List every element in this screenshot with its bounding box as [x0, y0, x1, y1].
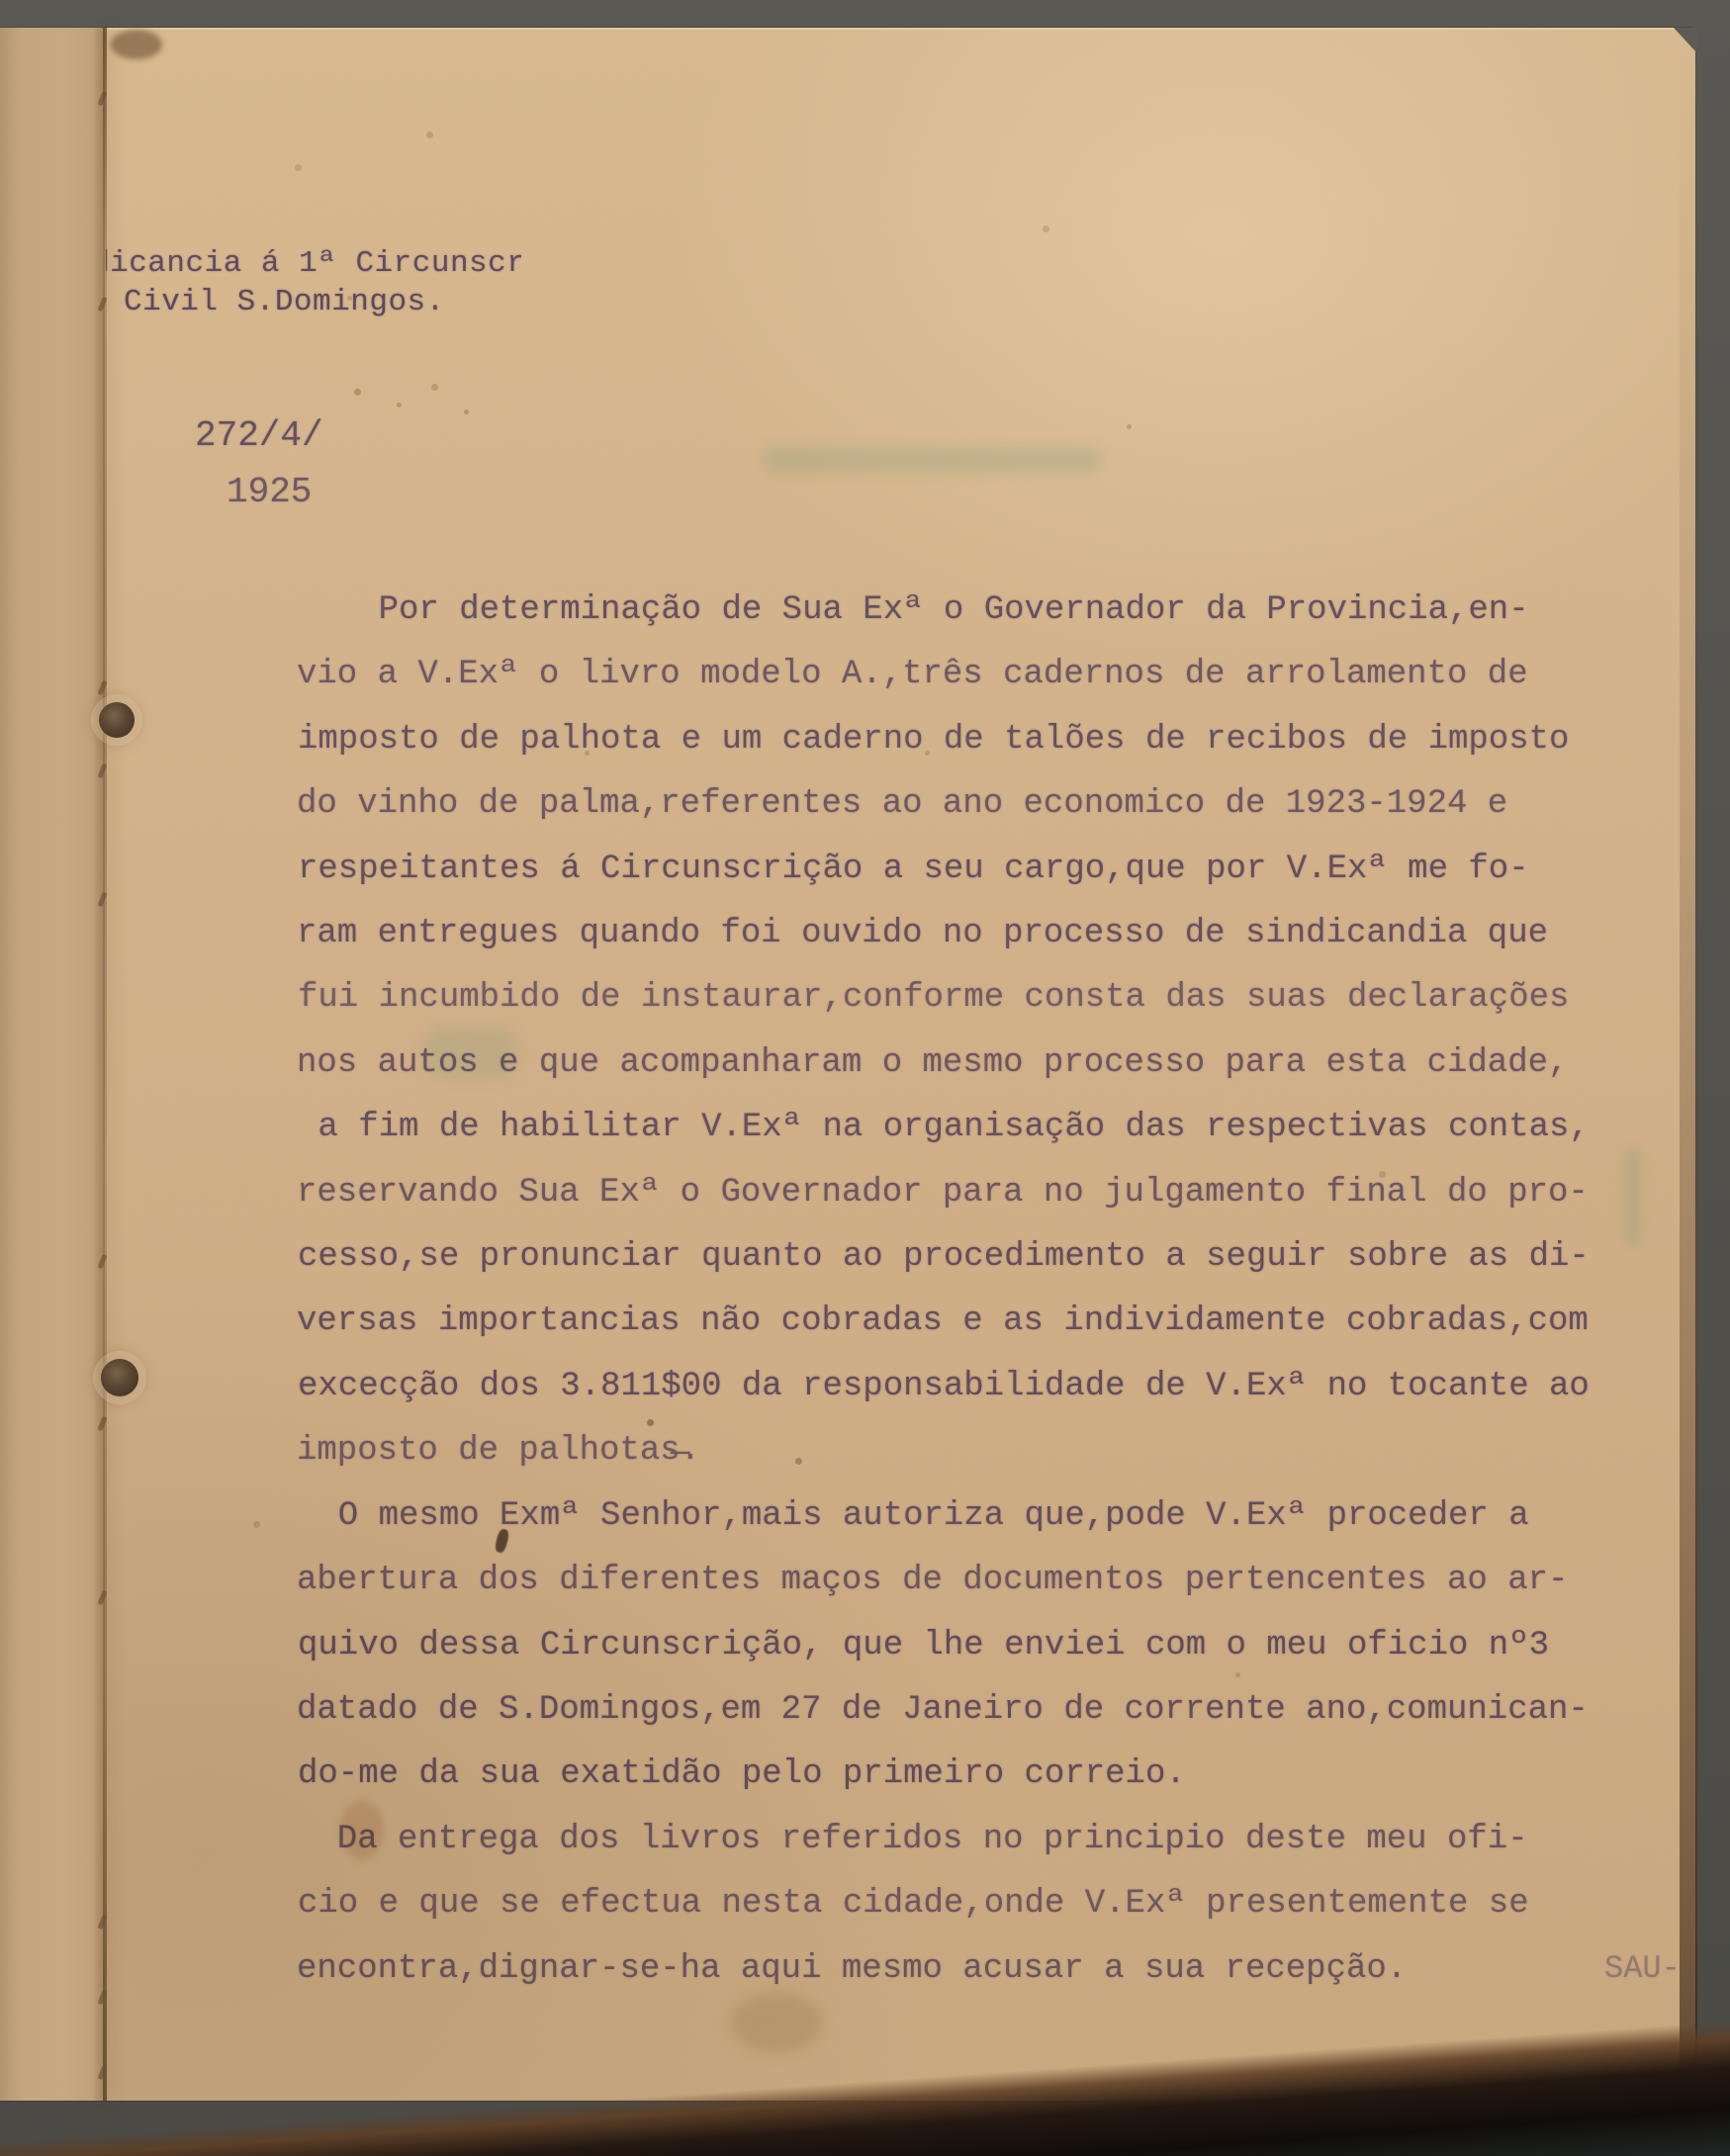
typed-line: datado de S.Domingos,em 27 de Janeiro de…: [297, 1678, 1642, 1743]
reference-number: 272/4/: [195, 407, 323, 464]
typed-line: excecção dos 3.811$00 da responsabilidad…: [298, 1355, 1643, 1419]
gutter-crease: [103, 28, 107, 2101]
punch-hole-bottom: [101, 1359, 138, 1396]
page-block-bottom-edge: [0, 2018, 1730, 2156]
typed-line: fui incumbido de instaurar,conforme cons…: [298, 966, 1643, 1031]
punch-hole-top: [99, 702, 135, 738]
typed-line: abertura dos diferentes maços de documen…: [297, 1549, 1642, 1613]
scanned-document-photo: dicancia á 1ª Circunscri- Civil S.Doming…: [0, 0, 1730, 2156]
reference-year: 1925: [227, 464, 323, 520]
deckle-edge: [1680, 28, 1697, 2101]
typed-line: cesso,se pronunciar quanto ao procedimen…: [298, 1225, 1643, 1290]
typed-line: encontra,dignar-se-ha aqui mesmo acusar …: [297, 1937, 1642, 2002]
typed-line: ram entregues quando foi ouvido no proce…: [297, 902, 1642, 966]
dust-specks: [0, 0, 3, 3]
typed-line: Da entrega dos livros referidos no princ…: [297, 1808, 1642, 1872]
typed-line: respeitantes á Circunscrição a seu cargo…: [298, 838, 1643, 902]
typed-line: imposto de palhota e um caderno de talõe…: [298, 708, 1643, 772]
typed-line: quivo dessa Circunscrição, que lhe envie…: [298, 1614, 1643, 1678]
margin-annotation: dicancia á 1ª Circunscri- Civil S.Doming…: [106, 244, 521, 329]
reference-number-block: 272/4/ 1925: [195, 407, 323, 520]
typed-line: vio a V.Exª o livro modelo A.,três cader…: [297, 643, 1642, 707]
typed-line: versas importancias não cobradas e as in…: [297, 1290, 1642, 1354]
catchword: SAU-: [1604, 1936, 1681, 2001]
typed-line: do vinho de palma,referentes ao ano econ…: [297, 772, 1642, 837]
typed-line: Por determinação de Sua Exª o Governador…: [298, 579, 1643, 643]
typed-line: O mesmo Exmª Senhor,mais autoriza que,po…: [298, 1484, 1643, 1549]
typed-line: reservando Sua Exª o Governador para no …: [297, 1161, 1642, 1225]
annotation-line: dicancia á 1ª Circunscri-: [106, 244, 521, 283]
typed-line: a fim de habilitar V.Exª na organisação …: [298, 1096, 1643, 1160]
typed-line: nos autos e que acompanharam o mesmo pro…: [297, 1032, 1642, 1096]
typed-line: cio e que se efectua nesta cidade,onde V…: [298, 1872, 1643, 1936]
binding-fold-edge: [0, 28, 105, 2101]
typed-line: imposto de palhotas̶.: [297, 1419, 1642, 1483]
typed-line: do-me da sua exatidão pelo primeiro corr…: [298, 1743, 1643, 1807]
page-top-edge: [0, 28, 1691, 30]
letter-body: Por determinação de Sua Exª o Governador…: [297, 579, 1642, 2002]
annotation-line: Civil S.Domingos.: [124, 283, 521, 321]
